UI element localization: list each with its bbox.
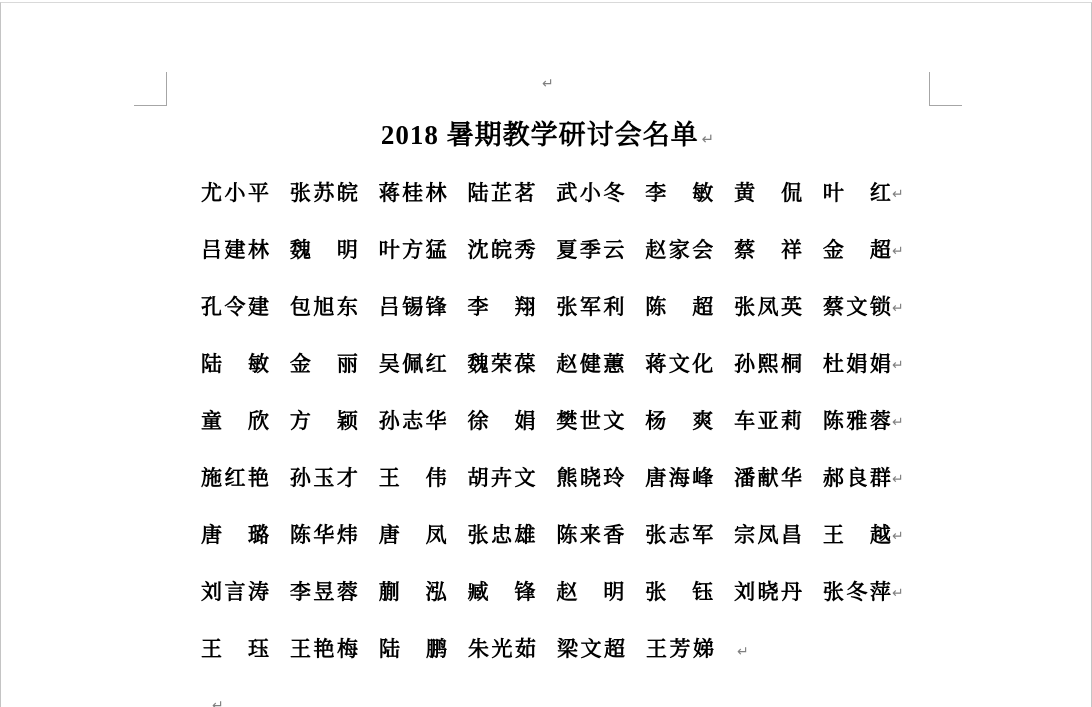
attendee-name: 黄侃	[734, 181, 802, 205]
attendee-name: 吴佩红	[379, 352, 447, 376]
paragraph-mark-icon: ↵	[542, 77, 554, 91]
attendee-name: 陈华炜	[290, 523, 358, 547]
name-row: 唐璐陈华炜唐凤张忠雄陈来香张志军宗凤昌王越↵	[201, 506, 891, 563]
paragraph-mark-icon: ↵	[892, 244, 904, 258]
text-boundary-corner-mark-left	[134, 72, 167, 106]
attendee-name: 金丽	[290, 352, 358, 376]
attendee-name: 施红艳	[201, 466, 269, 490]
attendee-name: 赵健蕙	[556, 352, 624, 376]
attendee-name: 宗凤昌	[734, 523, 802, 547]
attendee-name: 潘献华	[734, 466, 802, 490]
attendee-name: 杜娟娟	[823, 352, 891, 376]
attendee-name: 张志军	[645, 523, 713, 547]
attendee-name: 孙志华	[379, 409, 447, 433]
attendee-name: 赵明	[556, 580, 624, 604]
paragraph-mark-icon: ↵	[737, 645, 749, 659]
attendee-name: 蒯泓	[379, 580, 447, 604]
attendee-name: 赵家会	[645, 238, 713, 262]
attendee-name: 张苏皖	[290, 181, 358, 205]
attendee-name: 唐凤	[379, 523, 447, 547]
attendee-name: 熊晓玲	[556, 466, 624, 490]
attendee-name: 张钰	[645, 580, 713, 604]
attendee-name: 李昱蓉	[290, 580, 358, 604]
attendee-name: 孙玉才	[290, 466, 358, 490]
attendee-name: 樊世文	[556, 409, 624, 433]
document-title: 2018 暑期教学研讨会名单↵	[166, 113, 929, 152]
name-row: 吕建林魏明叶方猛沈皖秀夏季云赵家会蔡祥金超↵	[201, 221, 891, 278]
attendee-name: 王艳梅	[290, 637, 358, 661]
attendee-name: 张凤英	[734, 295, 802, 319]
attendee-name: 胡卉文	[468, 466, 536, 490]
attendee-name: 杨爽	[645, 409, 713, 433]
paragraph-mark-icon: ↵	[892, 358, 904, 372]
paragraph-mark-icon: ↵	[892, 301, 904, 315]
document-page: ↵ 2018 暑期教学研讨会名单↵ 尤小平张苏皖蒋桂林陆芷茗武小冬李敏黄侃叶红↵…	[0, 2, 1092, 707]
attendee-name: 蔡祥	[734, 238, 802, 262]
attendee-name: 梁文超	[557, 637, 625, 661]
attendee-name-list: 尤小平张苏皖蒋桂林陆芷茗武小冬李敏黄侃叶红↵吕建林魏明叶方猛沈皖秀夏季云赵家会蔡…	[201, 164, 891, 677]
attendee-name: 孙熙桐	[734, 352, 802, 376]
name-row: 刘言涛李昱蓉蒯泓臧锋赵明张钰刘晓丹张冬萍↵	[201, 563, 891, 620]
attendee-name: 吕建林	[201, 238, 269, 262]
attendee-name: 刘言涛	[201, 580, 269, 604]
attendee-name: 车亚莉	[734, 409, 802, 433]
attendee-name: 王伟	[379, 466, 447, 490]
attendee-name: 蒋桂林	[379, 181, 447, 205]
paragraph-mark-icon: ↵	[702, 130, 715, 148]
attendee-name: 魏荣葆	[468, 352, 536, 376]
attendee-name: 王越	[823, 523, 891, 547]
name-row: 王珏王艳梅陆鹏朱光茹梁文超王芳娣↵	[201, 620, 891, 677]
name-row: 尤小平张苏皖蒋桂林陆芷茗武小冬李敏黄侃叶红↵	[201, 164, 891, 221]
paragraph-mark-icon: ↵	[892, 187, 904, 201]
paragraph-mark-icon: ↵	[212, 699, 224, 707]
attendee-name: 叶方猛	[379, 238, 447, 262]
attendee-name: 陈雅蓉	[823, 409, 891, 433]
attendee-name: 陆敏	[201, 352, 269, 376]
attendee-name: 李敏	[645, 181, 713, 205]
attendee-name: 蔡文锁	[823, 295, 891, 319]
title-text: 2018 暑期教学研讨会名单	[381, 120, 699, 150]
attendee-name: 臧锋	[468, 580, 536, 604]
attendee-name: 郝良群	[823, 466, 891, 490]
attendee-name: 朱光茹	[468, 637, 536, 661]
attendee-name: 陈来香	[556, 523, 624, 547]
attendee-name: 李翔	[468, 295, 536, 319]
attendee-name: 方颖	[290, 409, 358, 433]
attendee-name: 叶红	[823, 181, 891, 205]
attendee-name: 王芳娣	[646, 637, 714, 661]
paragraph-mark-icon: ↵	[892, 472, 904, 486]
document-viewport: ↵ 2018 暑期教学研讨会名单↵ 尤小平张苏皖蒋桂林陆芷茗武小冬李敏黄侃叶红↵…	[0, 0, 1092, 707]
attendee-name: 武小冬	[556, 181, 624, 205]
attendee-name: 童欣	[201, 409, 269, 433]
paragraph-mark-icon: ↵	[892, 586, 904, 600]
text-boundary-corner-mark-right	[929, 72, 962, 106]
attendee-name: 沈皖秀	[468, 238, 536, 262]
attendee-name: 唐海峰	[645, 466, 713, 490]
attendee-name: 陈超	[645, 295, 713, 319]
attendee-name: 金超	[823, 238, 891, 262]
paragraph-mark-icon: ↵	[892, 529, 904, 543]
attendee-name: 陆芷茗	[468, 181, 536, 205]
attendee-name: 刘晓丹	[734, 580, 802, 604]
name-row: 施红艳孙玉才王伟胡卉文熊晓玲唐海峰潘献华郝良群↵	[201, 449, 891, 506]
attendee-name: 陆鹏	[379, 637, 447, 661]
attendee-name: 王珏	[201, 637, 269, 661]
attendee-name: 吕锡锋	[379, 295, 447, 319]
attendee-name: 包旭东	[290, 295, 358, 319]
attendee-name: 尤小平	[201, 181, 269, 205]
attendee-name: 蒋文化	[645, 352, 713, 376]
attendee-name: 唐璐	[201, 523, 269, 547]
attendee-name: 夏季云	[556, 238, 624, 262]
attendee-name: 张冬萍	[823, 580, 891, 604]
name-row: 童欣方颖孙志华徐娟樊世文杨爽车亚莉陈雅蓉↵	[201, 392, 891, 449]
attendee-name: 孔令建	[201, 295, 269, 319]
attendee-name: 魏明	[290, 238, 358, 262]
attendee-name: 张军利	[556, 295, 624, 319]
name-row: 陆敏金丽吴佩红魏荣葆赵健蕙蒋文化孙熙桐杜娟娟↵	[201, 335, 891, 392]
attendee-name: 张忠雄	[468, 523, 536, 547]
paragraph-mark-icon: ↵	[892, 415, 904, 429]
attendee-name: 徐娟	[468, 409, 536, 433]
name-row: 孔令建包旭东吕锡锋李翔张军利陈超张凤英蔡文锁↵	[201, 278, 891, 335]
